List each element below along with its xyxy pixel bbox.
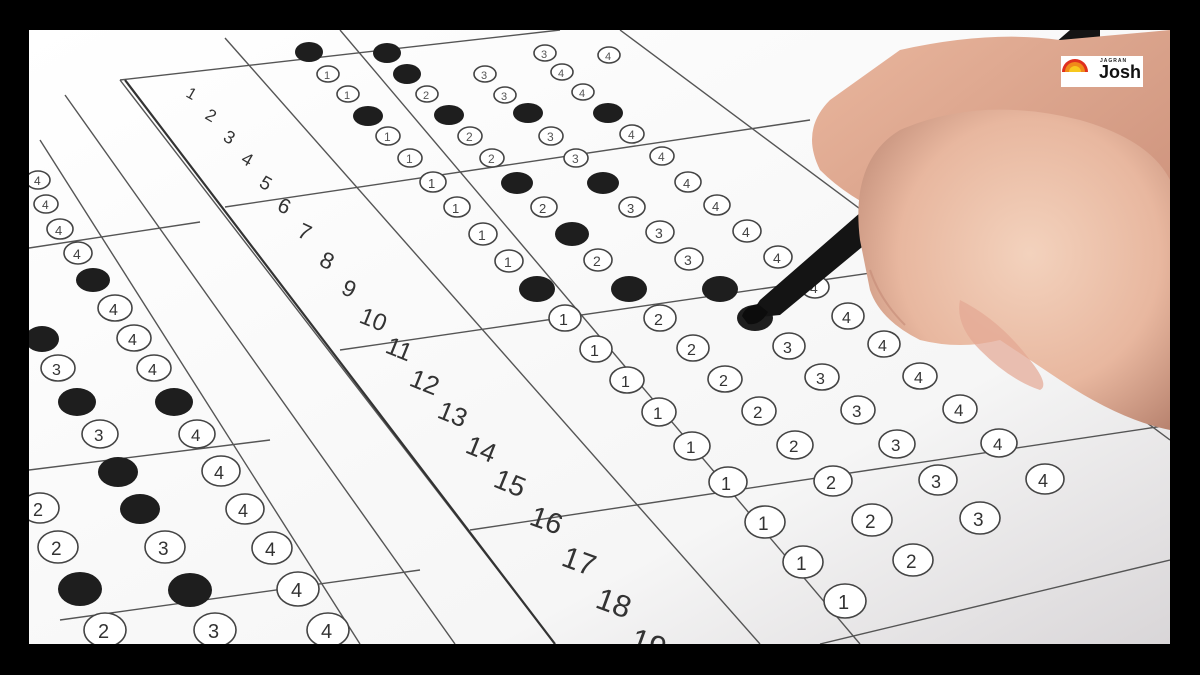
svg-text:4: 4	[265, 540, 276, 561]
svg-text:2: 2	[466, 130, 473, 144]
svg-text:4: 4	[42, 198, 49, 212]
svg-text:1: 1	[478, 227, 486, 243]
svg-text:3: 3	[208, 621, 219, 643]
svg-text:3: 3	[481, 70, 487, 82]
svg-text:1: 1	[621, 374, 630, 391]
svg-text:3: 3	[783, 340, 792, 357]
svg-text:2: 2	[687, 342, 696, 359]
svg-text:3: 3	[572, 152, 579, 166]
svg-text:1: 1	[324, 70, 330, 82]
svg-text:3: 3	[973, 510, 984, 531]
svg-text:4: 4	[914, 370, 923, 387]
svg-text:4: 4	[658, 150, 665, 164]
svg-text:1: 1	[838, 592, 849, 614]
svg-text:4: 4	[605, 51, 611, 63]
svg-text:4: 4	[579, 88, 585, 100]
svg-text:1: 1	[504, 254, 512, 270]
svg-text:4: 4	[558, 68, 564, 80]
svg-text:2: 2	[33, 500, 43, 520]
svg-text:1: 1	[428, 176, 435, 191]
svg-text:3: 3	[684, 252, 692, 268]
svg-text:1: 1	[384, 130, 391, 144]
svg-text:4: 4	[712, 199, 719, 214]
svg-text:4: 4	[878, 338, 887, 355]
logo-brand-word: Josh	[1099, 62, 1141, 82]
svg-text:3: 3	[501, 91, 507, 103]
svg-text:1: 1	[796, 554, 807, 575]
svg-text:3: 3	[852, 402, 861, 421]
svg-text:2: 2	[654, 312, 663, 329]
svg-text:4: 4	[55, 223, 62, 238]
svg-text:4: 4	[628, 128, 635, 142]
svg-text:4: 4	[34, 174, 41, 188]
svg-text:1: 1	[653, 404, 662, 423]
svg-text:1: 1	[406, 152, 413, 166]
svg-text:4: 4	[842, 310, 851, 327]
svg-text:3: 3	[891, 436, 900, 455]
svg-text:4: 4	[773, 250, 781, 266]
svg-text:3: 3	[94, 426, 103, 445]
svg-text:4: 4	[993, 435, 1002, 454]
svg-text:2: 2	[826, 473, 836, 493]
svg-text:2: 2	[539, 201, 546, 216]
svg-text:2: 2	[488, 152, 495, 166]
svg-text:2: 2	[906, 552, 917, 573]
svg-text:4: 4	[128, 332, 137, 349]
jagran-josh-logo: JAGRAN Josh	[1061, 56, 1143, 87]
svg-text:3: 3	[547, 130, 554, 144]
svg-text:4: 4	[1038, 471, 1048, 491]
svg-text:1: 1	[686, 438, 695, 457]
svg-text:2: 2	[865, 512, 876, 533]
svg-text:2: 2	[753, 403, 762, 422]
svg-text:2: 2	[789, 437, 798, 456]
svg-text:2: 2	[423, 90, 429, 102]
svg-text:1: 1	[559, 312, 568, 329]
svg-text:4: 4	[683, 176, 690, 191]
svg-text:1: 1	[590, 343, 599, 360]
svg-text:2: 2	[51, 539, 62, 560]
photo: 1 2 3 4 5 6 7 8 9 10 11 12 13 14 15 16 1…	[29, 30, 1170, 644]
svg-text:1: 1	[344, 90, 350, 102]
svg-text:4: 4	[191, 426, 200, 445]
svg-text:4: 4	[742, 224, 750, 240]
svg-text:2: 2	[593, 253, 601, 269]
svg-text:2: 2	[719, 373, 728, 390]
svg-text:3: 3	[655, 225, 663, 241]
svg-text:3: 3	[158, 539, 169, 560]
omr-sheet: 1 2 3 4 5 6 7 8 9 10 11 12 13 14 15 16 1…	[29, 30, 1170, 644]
svg-text:2: 2	[98, 621, 109, 643]
svg-text:4: 4	[73, 246, 81, 262]
svg-text:4: 4	[214, 463, 224, 483]
svg-text:3: 3	[816, 371, 825, 388]
sun-logo-icon	[1061, 56, 1089, 72]
svg-text:4: 4	[321, 621, 332, 643]
svg-text:3: 3	[931, 472, 941, 492]
svg-text:4: 4	[954, 401, 963, 420]
svg-text:4: 4	[291, 580, 302, 602]
svg-text:4: 4	[238, 501, 248, 521]
svg-text:1: 1	[758, 514, 769, 535]
svg-text:3: 3	[627, 201, 634, 216]
svg-text:3: 3	[52, 362, 61, 379]
svg-text:4: 4	[109, 302, 118, 319]
svg-text:3: 3	[541, 49, 547, 61]
svg-text:1: 1	[452, 201, 459, 216]
svg-text:4: 4	[148, 362, 157, 379]
svg-text:1: 1	[721, 474, 731, 494]
